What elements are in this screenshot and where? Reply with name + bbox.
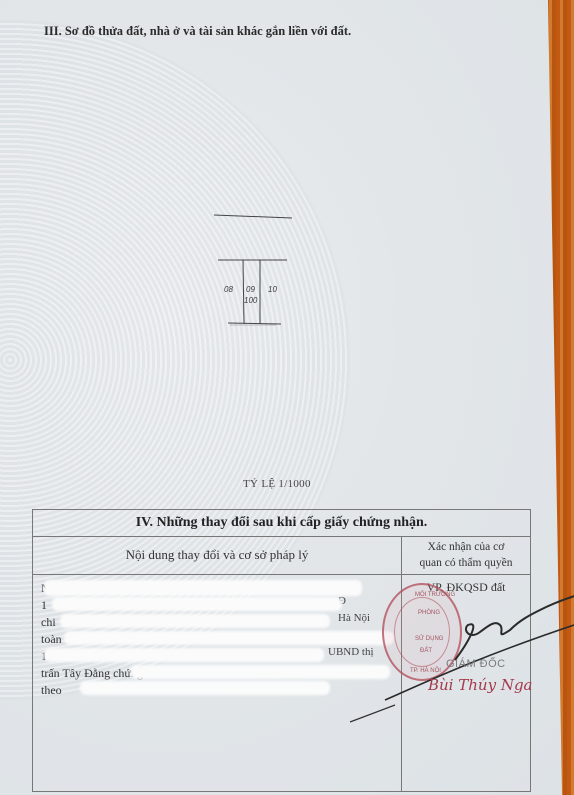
signer-name: Bùi Thúy Nga	[428, 676, 533, 694]
signer-title: GIÁM ĐỐC	[446, 658, 506, 670]
